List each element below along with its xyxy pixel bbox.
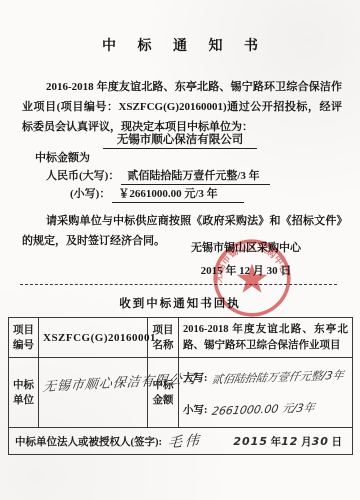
receipt-table: 项目编号 XSZFCG(G)20160001 项目名称 2016-2018 年度… [8,317,353,455]
winner-unit-label: 中标单位 [9,358,39,428]
award-amount-label: 中标金额 [148,358,179,428]
signature-date: 2015 年12 月30 日 [233,434,346,449]
amount-figures-prefix: 小写: [183,405,208,416]
amount-in-words-label: 人民币(大写)： [46,170,119,182]
amount-in-figures-label: (小写)： [70,188,110,200]
award-amount-cell: 大写: 贰佰陆拾陆万壹仟元整/3年 小写: 2661000.00 元/3年 [179,358,353,428]
amount-figures-handwritten: 2661000.00 元/3年 [210,399,315,419]
signature-date-day: 30 [312,435,329,448]
winner-company-line: 无锡市顺心保洁有限公司 [0,130,360,148]
award-notice-document: 中 标 通 知 书 2016-2018 年度友谊北路、东亭北路、锡宁路环卫综合保… [0,0,360,500]
project-name-value: 2016-2018 年度友谊北路、东亭北路、锡宁路环卫综合保洁作业项目 [179,318,353,358]
winner-company-name: 无锡市顺心保洁有限公司 [103,134,258,149]
issuer-block: 无锡市锡山区采购中心 2015 年 12 月 30 日 [160,239,332,281]
signature-date-month-unit: 月 [301,437,312,448]
issue-date: 2015 年 12 月 30 日 [160,262,332,281]
table-row-winner: 中标单位 无锡市顺心保洁有限公司 中标金额 大写: 贰佰陆拾陆万壹仟元整/3年 … [9,358,353,428]
winner-unit-handwritten-cell: 无锡市顺心保洁有限公司 [39,358,148,428]
amount-intro: 中标金额为 [35,149,90,165]
table-row-project: 项目编号 XSZFCG(G)20160001 项目名称 2016-2018 年度… [9,318,353,358]
amount-in-words-line: 人民币(大写)：贰佰陆拾陆万壹仟元整/3 年 [46,167,270,183]
signature-date-year-unit: 年 [271,437,282,448]
signature-date-month: 12 [281,435,298,448]
signature-handwritten: 毛伟 [167,430,202,453]
issuer-name: 无锡市锡山区采购中心 [160,239,332,258]
signature-cell: 中标单位法人或被授权人(签字): 毛伟 2015 年12 月30 日 [9,428,353,455]
amount-in-figures-value: ￥2661000.00 元/3 年 [112,188,243,203]
dashed-divider [20,284,337,285]
project-number-value: XSZFCG(G)20160001 [39,318,148,358]
intro-paragraph: 2016-2018 年度友谊北路、东亭北路、锡宁路环卫综合保洁作业项目(项目编号… [22,77,342,137]
table-row-signature: 中标单位法人或被授权人(签字): 毛伟 2015 年12 月30 日 [9,428,353,455]
signature-date-day-unit: 日 [332,437,343,448]
amount-in-words-value: 贰佰陆拾陆万壹仟元整/3 年 [121,170,269,185]
project-name-label: 项目名称 [148,318,179,358]
project-number-label: 项目编号 [9,318,39,358]
amount-words-handwritten: 贰佰陆拾陆万壹仟元整/3年 [210,366,344,387]
document-title: 中 标 通 知 书 [0,35,360,55]
amount-in-figures-line: (小写)：￥2661000.00 元/3 年 [70,185,244,201]
signature-label: 中标单位法人或被授权人(签字): [15,434,162,449]
signature-date-year: 2015 [233,435,268,448]
receipt-heading: 收到中标通知书回执 [0,295,360,311]
